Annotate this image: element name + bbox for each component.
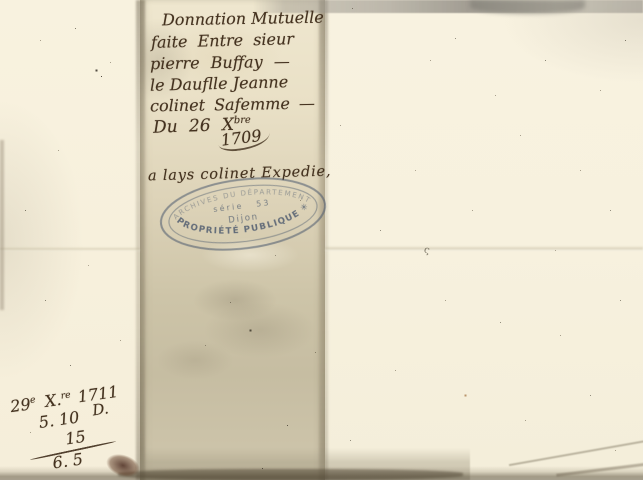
paper-right-panel <box>325 0 643 480</box>
handwriting-title-line-5: colinet Safemme — <box>150 94 315 116</box>
horizontal-crease-left <box>0 247 140 251</box>
tally-currency: D. <box>91 400 110 420</box>
handwriting-title-line-1: Donnation Mutuelle <box>162 8 324 30</box>
fold-crease-left <box>136 0 145 480</box>
handwriting-title-line-4: le Dauflle Jeanne <box>150 72 289 95</box>
handwriting-title-line-3: pierre Buffay — <box>150 52 290 73</box>
top-edge-stain <box>470 0 585 14</box>
handwriting-tally-block: 29eX.re1711 5. 10D. 15 6. 5 <box>9 379 129 479</box>
bottom-edge-dark-line <box>118 469 463 480</box>
handwriting-title-line-2: faite Entre sieur <box>151 29 294 52</box>
tally-day-sup: e <box>29 394 36 406</box>
tally-month-sup: re <box>60 389 71 401</box>
paper-specks <box>0 0 1 1</box>
stamp-place-text: Dijon <box>228 212 260 226</box>
document-scan: Donnation Mutuelle faite Entre sieur pie… <box>0 0 643 480</box>
date-superscript: bre <box>234 115 251 127</box>
left-paper-edge <box>0 140 4 310</box>
horizontal-crease-right <box>325 246 643 251</box>
